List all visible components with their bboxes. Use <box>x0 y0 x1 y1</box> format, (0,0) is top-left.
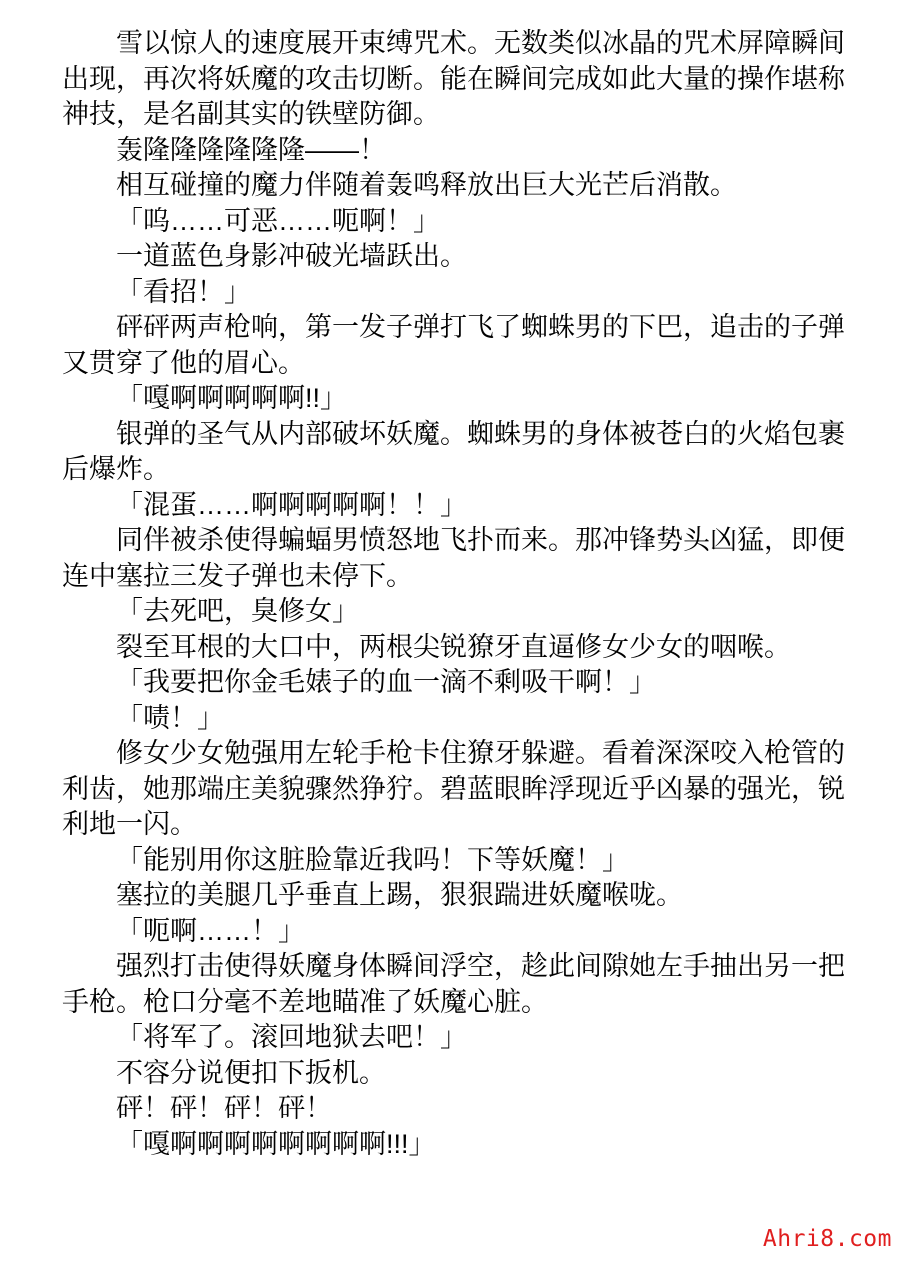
paragraph: 一道蓝色身影冲破光墙跃出。 <box>62 239 846 275</box>
paragraph: 「将军了。滚回地狱去吧！」 <box>62 1020 846 1056</box>
paragraph: 「看招！」 <box>62 275 846 311</box>
paragraph: 塞拉的美腿几乎垂直上踢，狠狠踹进妖魔喉咙。 <box>62 878 846 914</box>
paragraph: 同伴被杀使得蝙蝠男愤怒地飞扑而来。那冲锋势头凶猛，即便连中塞拉三发子弹也未停下。 <box>62 523 846 594</box>
paragraph: 雪以惊人的速度展开束缚咒术。无数类似冰晶的咒术屏障瞬间出现，再次将妖魔的攻击切断… <box>62 26 846 133</box>
paragraph: 「我要把你金毛婊子的血一滴不剩吸干啊！」 <box>62 665 846 701</box>
paragraph: 砰！砰！砰！砰！ <box>62 1091 846 1127</box>
paragraph: 裂至耳根的大口中，两根尖锐獠牙直逼修女少女的咽喉。 <box>62 630 846 666</box>
paragraph: 不容分说便扣下扳机。 <box>62 1056 846 1092</box>
paragraph: 「呃啊……！」 <box>62 914 846 950</box>
novel-page: 雪以惊人的速度展开束缚咒术。无数类似冰晶的咒术屏障瞬间出现，再次将妖魔的攻击切断… <box>0 0 900 1261</box>
paragraph: 「啧！」 <box>62 701 846 737</box>
paragraph: 砰砰两声枪响，第一发子弹打飞了蜘蛛男的下巴，追击的子弹又贯穿了他的眉心。 <box>62 310 846 381</box>
paragraph: 「呜……可恶……呃啊！」 <box>62 204 846 240</box>
paragraph: 相互碰撞的魔力伴随着轰鸣释放出巨大光芒后消散。 <box>62 168 846 204</box>
paragraph: 「能别用你这脏脸靠近我吗！下等妖魔！」 <box>62 843 846 879</box>
paragraph: 修女少女勉强用左轮手枪卡住獠牙躲避。看着深深咬入枪管的利齿，她那端庄美貌骤然狰狞… <box>62 736 846 843</box>
paragraph: 轰隆隆隆隆隆隆——！ <box>62 133 846 169</box>
paragraph: 「嘎啊啊啊啊啊啊啊啊!!!」 <box>62 1127 846 1163</box>
paragraph: 强烈打击使得妖魔身体瞬间浮空，趁此间隙她左手抽出另一把手枪。枪口分毫不差地瞄准了… <box>62 949 846 1020</box>
paragraph: 银弹的圣气从内部破坏妖魔。蜘蛛男的身体被苍白的火焰包裹后爆炸。 <box>62 417 846 488</box>
novel-text-block: 雪以惊人的速度展开束缚咒术。无数类似冰晶的咒术屏障瞬间出现，再次将妖魔的攻击切断… <box>0 0 900 1162</box>
paragraph: 「嘎啊啊啊啊啊!!」 <box>62 381 846 417</box>
paragraph: 「混蛋……啊啊啊啊啊！！」 <box>62 488 846 524</box>
watermark: Ahri8.com <box>763 1226 892 1252</box>
paragraph: 「去死吧，臭修女」 <box>62 594 846 630</box>
